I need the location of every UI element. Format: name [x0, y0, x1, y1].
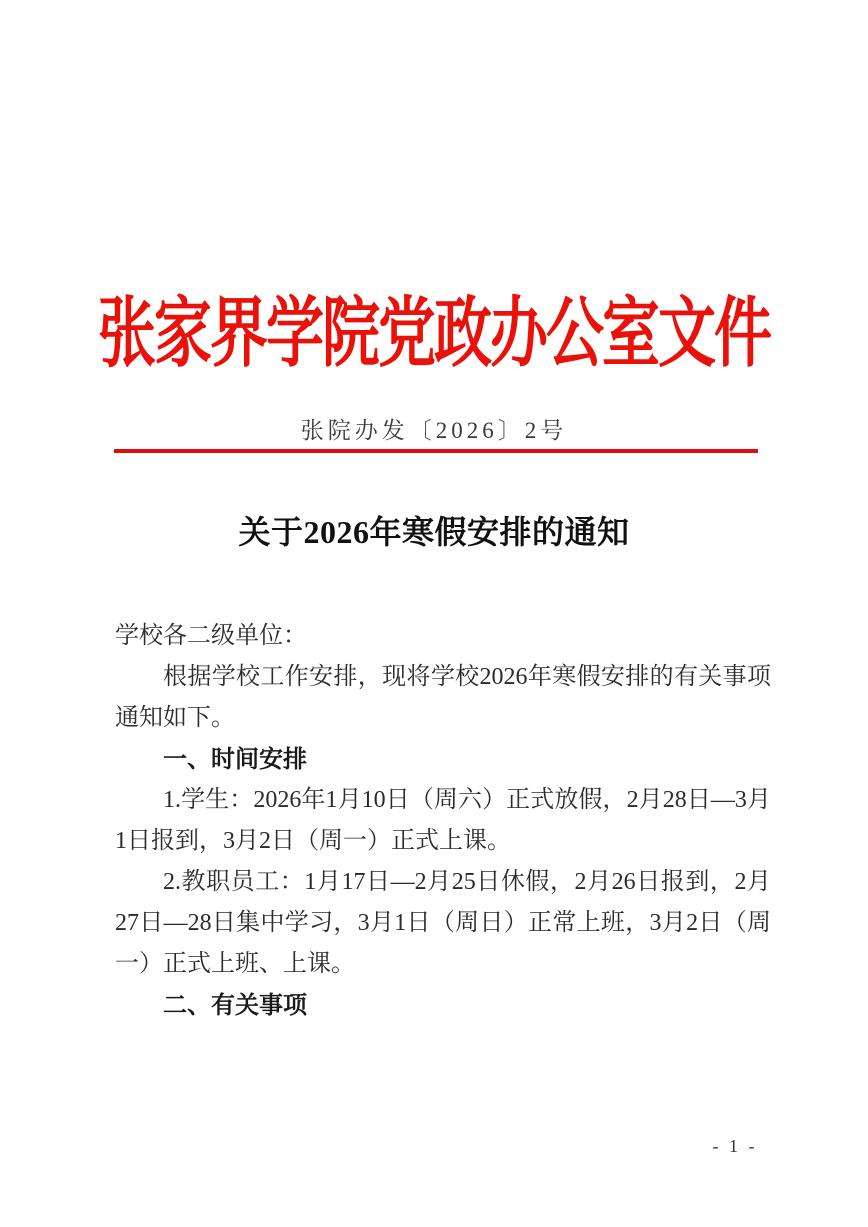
intro-paragraph: 根据学校工作安排，现将学校2026年寒假安排的有关事项通知如下。	[115, 657, 771, 739]
document-page: 张家界学院党政办公室文件 张院办发〔2026〕2号 关于2026年寒假安排的通知…	[0, 0, 868, 1227]
paragraph-students: 1.学生：2026年1月10日（周六）正式放假，2月28日—3月1日报到，3月2…	[115, 780, 771, 862]
page-number: - 1 -	[690, 1136, 780, 1157]
paragraph-staff: 2.教职员工：1月17日—2月25日休假，2月26日报到，2月27日—28日集中…	[115, 862, 771, 985]
document-body: 学校各二级单位： 根据学校工作安排，现将学校2026年寒假安排的有关事项通知如下…	[115, 616, 771, 1026]
section-heading-time-arrangement: 一、时间安排	[115, 739, 771, 780]
red-divider-line	[114, 449, 758, 453]
masthead-title: 张家界学院党政办公室文件	[0, 296, 868, 373]
document-number: 张院办发〔2026〕2号	[0, 417, 868, 445]
salutation: 学校各二级单位：	[115, 616, 771, 657]
notice-title: 关于2026年寒假安排的通知	[0, 513, 868, 551]
section-heading-related-matters: 二、有关事项	[115, 985, 771, 1026]
